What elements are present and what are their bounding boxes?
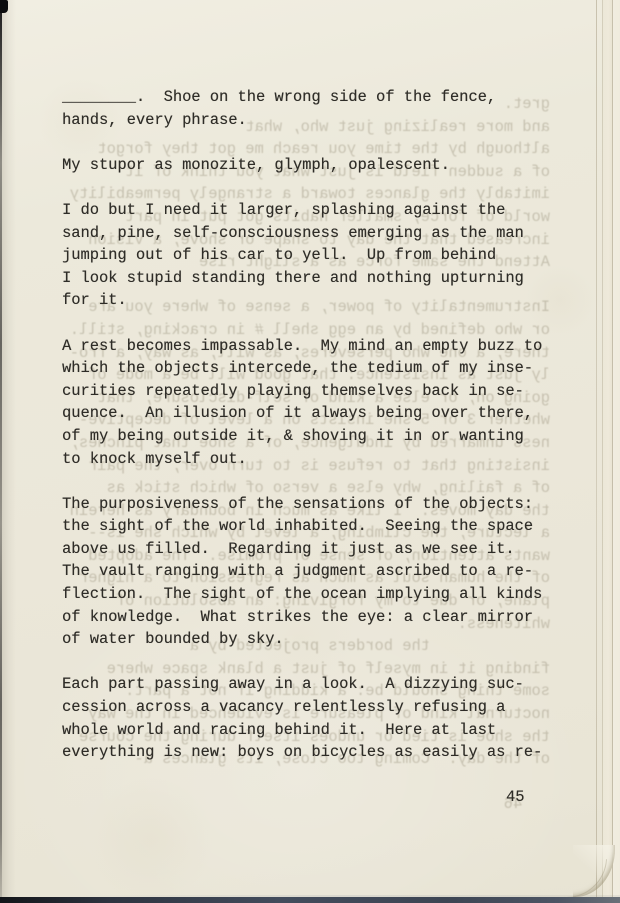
page-text: ________. Shoe on the wrong side of the … [62,86,574,786]
text-line: the sight of the world inhabited. Seeing… [62,515,574,538]
text-line: The purposiveness of the sensations of t… [62,493,574,516]
page-number: 45 [506,786,524,809]
bottom-book-edge [0,897,620,903]
text-line: everything is new: boys on bicycles as e… [62,741,574,764]
text-line: of my being outside it, & shoving it in … [62,425,574,448]
text-line: for it. [62,289,574,312]
text-line: hands, every phrase. [62,109,574,132]
text-line: cession across a vacancy relentlessly re… [62,696,574,719]
text-line: jumping out of his car to yell. Up from … [62,244,574,267]
paragraph-purposiveness: The purposiveness of the sensations of t… [62,493,574,651]
right-page-edge-line [596,0,597,903]
paragraph-blank-shoe: ________. Shoe on the wrong side of the … [62,86,574,131]
text-line: whole world and racing behind it. Here a… [62,719,574,742]
paragraph-larger: I do but I need it larger, splashing aga… [62,199,574,312]
text-line: above us filled. Regarding it just as we… [62,538,574,561]
text-line: to knock myself out. [62,448,574,471]
book-page-scan: gret.and more realizing just who, whatal… [0,0,620,903]
right-page-edge-band [603,0,612,903]
text-line: of water bounded by sky. [62,628,574,651]
text-line: The vault ranging with a judgment ascrib… [62,560,574,583]
left-page-edge [0,0,2,903]
text-line: ________. Shoe on the wrong side of the … [62,86,574,109]
paragraph-each-part: Each part passing away in a look. A dizz… [62,673,574,763]
text-line: flection. The sight of the ocean implyin… [62,583,574,606]
text-line: curities repeatedly playing themselves b… [62,380,574,403]
gutter-shadow [0,0,16,903]
paragraph-stupor: My stupor as monozite, glymph, opalescen… [62,154,574,177]
text-line: I look stupid standing there and nothing… [62,267,574,290]
text-line: which the objects intercede, the tedium … [62,357,574,380]
text-line: I do but I need it larger, splashing aga… [62,199,574,222]
text-line: My stupor as monozite, glymph, opalescen… [62,154,574,177]
text-line: sand, pine, self-consciousness emerging … [62,222,574,245]
right-page-edge-outer [613,0,620,903]
text-line: of knowledge. What strikes the eye: a cl… [62,606,574,629]
text-line: A rest becomes impassable. My mind an em… [62,335,574,358]
text-line: Each part passing away in a look. A dizz… [62,673,574,696]
paragraph-rest: A rest becomes impassable. My mind an em… [62,335,574,471]
top-left-binding-mark [0,0,8,13]
text-line: quence. An illusion of it always being o… [62,402,574,425]
text-line: 46 [48,793,550,816]
